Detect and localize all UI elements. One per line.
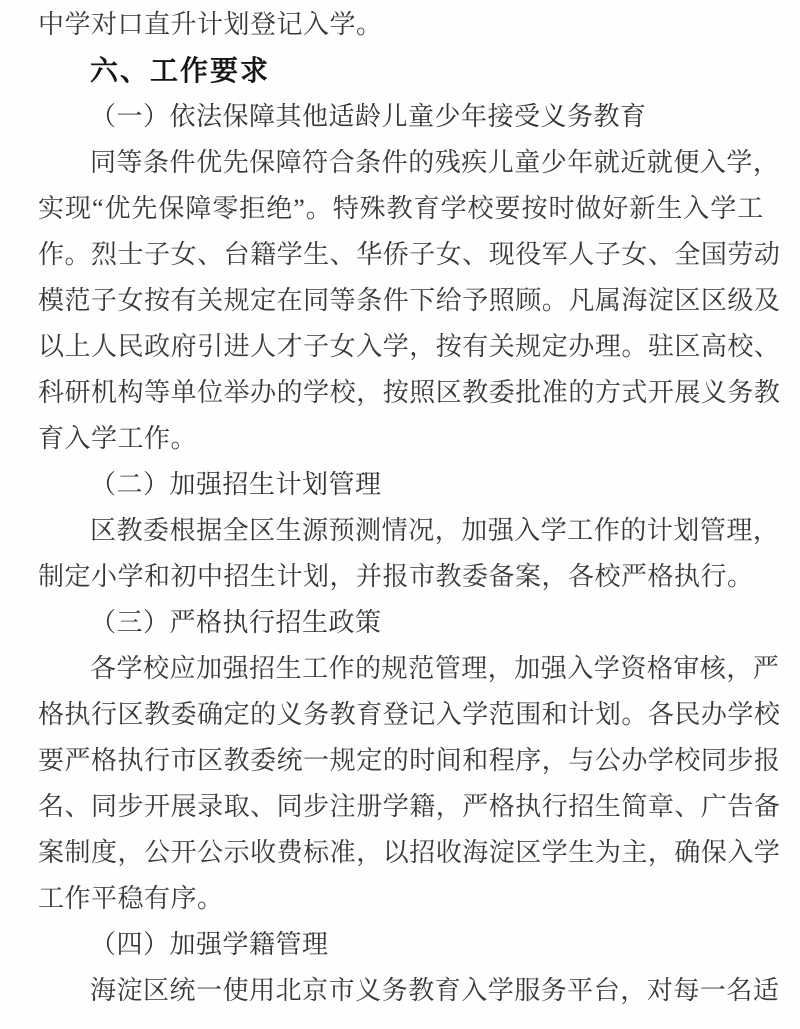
body-line: 各学校应加强招生工作的规范管理，加强入学资格审核，严 (38, 646, 764, 692)
subsection-heading: （一）依法保障其他适龄儿童少年接受义务教育 (38, 94, 764, 140)
body-line: 中学对口直升计划登记入学。 (38, 2, 764, 48)
section-heading: 六、工作要求 (38, 48, 764, 94)
body-line: 海淀区统一使用北京市义务教育入学服务平台，对每一名适 (38, 968, 764, 1014)
body-line: 要严格执行市区教委统一规定的时间和程序，与公办学校同步报 (38, 738, 764, 784)
document-page: 中学对口直升计划登记入学。 六、工作要求 （一）依法保障其他适龄儿童少年接受义务… (0, 0, 800, 1029)
body-line: 以上人民政府引进人才子女入学，按有关规定办理。驻区高校、 (38, 324, 764, 370)
subsection-heading: （四）加强学籍管理 (38, 922, 764, 968)
body-line: 育入学工作。 (38, 416, 764, 462)
subsection-heading: （三）严格执行招生政策 (38, 600, 764, 646)
body-line: 名、同步开展录取、同步注册学籍，严格执行招生简章、广告备 (38, 784, 764, 830)
body-line: 作。烈士子女、台籍学生、华侨子女、现役军人子女、全国劳动 (38, 232, 764, 278)
body-line: 格执行区教委确定的义务教育登记入学范围和计划。各民办学校 (38, 692, 764, 738)
body-line: 模范子女按有关规定在同等条件下给予照顾。凡属海淀区区级及 (38, 278, 764, 324)
body-line: 区教委根据全区生源预测情况，加强入学工作的计划管理， (38, 508, 764, 554)
subsection-heading: （二）加强招生计划管理 (38, 462, 764, 508)
body-line: 工作平稳有序。 (38, 876, 764, 922)
body-line: 科研机构等单位举办的学校，按照区教委批准的方式开展义务教 (38, 370, 764, 416)
body-line: 案制度，公开公示收费标准，以招收海淀区学生为主，确保入学 (38, 830, 764, 876)
body-line: 制定小学和初中招生计划，并报市教委备案，各校严格执行。 (38, 554, 764, 600)
body-line: 实现“优先保障零拒绝”。特殊教育学校要按时做好新生入学工 (38, 186, 764, 232)
body-line: 同等条件优先保障符合条件的残疾儿童少年就近就便入学， (38, 140, 764, 186)
